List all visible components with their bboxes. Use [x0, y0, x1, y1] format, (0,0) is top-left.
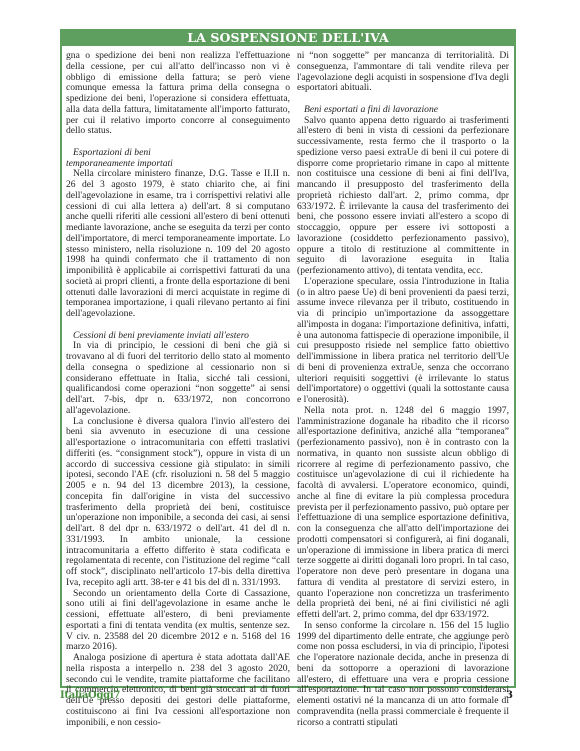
paragraph: In via di principio, le cessioni di beni… [66, 341, 290, 416]
publication-logo: ItaliaOggi7 [60, 690, 120, 701]
paragraph: ni “non soggette” per mancanza di territ… [297, 51, 509, 94]
paragraph: Nella nota prot. n. 1248 del 6 maggio 19… [297, 406, 509, 621]
paragraph: In senso conforme la circolare n. 156 de… [297, 621, 509, 729]
paragraph: Secondo un orientamento della Corte di C… [66, 589, 290, 654]
subheading-line: temporaneamente importati [66, 158, 173, 169]
paragraph: Nella circolare ministero finanze, D.G. … [66, 169, 290, 320]
paragraph: gna o spedizione dei beni non realizza l… [66, 51, 290, 137]
subheading: Beni esportati a fini di lavorazione [297, 105, 509, 116]
section-header: LA SOSPENSIONE DELL'IVA [60, 29, 516, 46]
right-column: ni “non soggette” per mancanza di territ… [297, 51, 509, 728]
page-number: 3 [506, 690, 513, 701]
paragraph: L'operazione speculare, ossia l'introduz… [297, 277, 509, 406]
paragraph: Salvo quanto appena detto riguardo ai tr… [297, 116, 509, 277]
left-column: gna o spedizione dei beni non realizza l… [66, 51, 290, 728]
subheading-line: Esportazioni di beni [73, 147, 151, 158]
subheading: Esportazioni di beni temporaneamente imp… [66, 148, 290, 170]
paragraph: La conclusione è diversa qualora l'invio… [66, 417, 290, 589]
